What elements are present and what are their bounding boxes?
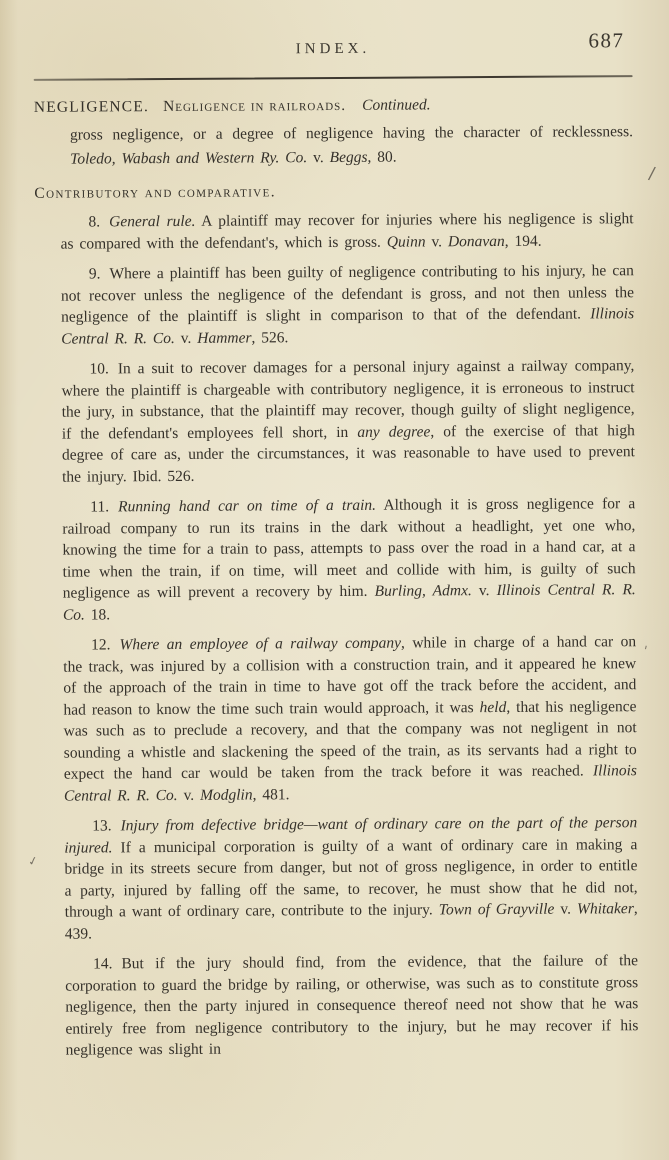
index-entries: 8.General rule. A plaintiff may recover … [34,208,638,1061]
header-rule [34,75,633,81]
running-title: INDEX. [296,41,371,57]
item-text: In a suit to recover damages for a perso… [61,357,634,485]
item-number: 8. [88,213,100,230]
item-number: 9. [89,265,101,282]
carryover-paragraph: gross negligence, or a degree of neglige… [70,120,633,171]
item-number: 14. [93,955,112,972]
page-content: INDEX. 687 NEGLIGENCE.Negligence in rail… [0,0,669,1160]
index-item-14: 14.But if the jury should find, from the… [65,950,639,1061]
page-number: 687 [588,28,624,53]
item-text: Running hand car on time of a train. Alt… [62,495,636,623]
item-text: Where an employee of a railway company, … [63,633,637,804]
index-item-10: 10.In a suit to recover damages for a pe… [61,355,635,487]
index-item-9: 9.Where a plaintiff has been guilty of n… [61,260,635,349]
item-number: 11. [90,498,109,515]
item-number: 13. [92,817,111,834]
index-item-11: 11.Running hand car on time of a train. … [62,493,636,625]
index-item-12: 12.Where an employee of a railway compan… [63,631,637,806]
item-text: Injury from defective bridge—want of ord… [64,814,637,942]
page-header: INDEX. 687 [33,38,632,68]
item-text: Where a plaintiff has been guilty of neg… [61,262,634,347]
item-number: 12. [91,636,110,653]
item-number: 10. [89,360,108,377]
entry-term: NEGLIGENCE. [34,98,149,116]
entry-continued-label: Continued. [362,96,431,113]
index-entry-heading: NEGLIGENCE.Negligence in railroads.Conti… [34,95,633,117]
index-item-13: 13.Injury from defective bridge—want of … [64,812,638,944]
item-text: But if the jury should find, from the ev… [65,952,638,1058]
index-item-8: 8.General rule. A plaintiff may recover … [60,208,633,254]
section-heading: Contributory and comparative. [34,181,633,203]
item-text: General rule. A plaintiff may recover fo… [61,210,634,252]
entry-subterm: Negligence in railroads. [163,97,346,115]
scanned-book-page: INDEX. 687 NEGLIGENCE.Negligence in rail… [0,0,669,1160]
